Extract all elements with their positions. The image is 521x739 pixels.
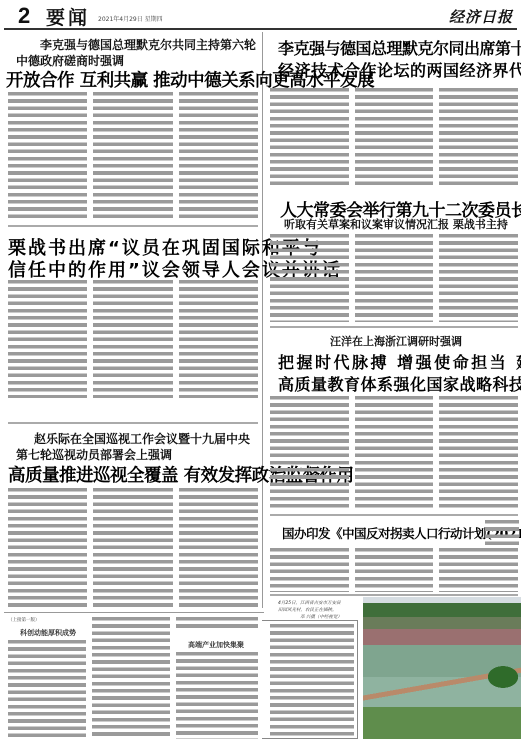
issue-date: 2021年4月29日 星期四: [98, 14, 163, 23]
article-body: 新华社北京4月28日电 国务院总理李克强4月28日下午在人民大会堂以视频形式与德…: [270, 88, 518, 188]
masthead-rule: [4, 28, 517, 30]
article-subtitle: 听取有关草案和议案审议情况汇报 栗战书主持: [284, 216, 508, 232]
article-body-side: 新华社北京4月28日电 国务院办公厅日前印发《中国反对拐卖人口行动计划(2021…: [485, 520, 519, 546]
masthead: 2 要闻 2021年4月29日 星期四 经济日报: [0, 0, 521, 30]
article-pretitle: 赵乐际在全国巡视工作会议暨十九届中央: [34, 430, 250, 447]
article-body: 新华社北京4月28日电 全国人大常委会委员长栗战书28日在北京以视频方式出席由俄…: [8, 280, 258, 398]
article-body: 新华社北京4月28日电 十三届全国人大常委会第九十二次委员长会议28日上午在北京…: [270, 234, 518, 322]
section-divider: [8, 225, 258, 227]
continued-from-label: （上接第一版）: [8, 617, 40, 624]
article-headline-line2: 高质量教育体系强化国家战略科技力量: [278, 372, 521, 395]
article-pretitle-2: 第七轮巡视动员部署会上强调: [16, 446, 172, 463]
section-divider: [270, 514, 518, 516]
article-headline-line2: 经济技术合作论坛的两国经济界代表见面: [278, 58, 521, 81]
article-body: 近年来南沙改革提升，新近聚焦南沙国家级大项目，1000多名工人在南沙多个施工现场…: [8, 640, 86, 739]
photo-caption: 4月25日，江西省吉安市万安县: [278, 600, 341, 607]
subhead-innovation: 科创动能厚积成势: [20, 628, 76, 638]
article-body: 近年来南沙改革提升，新近聚焦南沙国家级大项目，1000多名工人在南沙多个施工现场…: [176, 652, 258, 739]
section-divider: [270, 326, 518, 328]
page-number: 2: [18, 3, 30, 29]
rice-field-photo: [363, 597, 521, 739]
newspaper-logo: 经济日报: [449, 6, 513, 27]
article-headline-line1: 李克强与德国总理默克尔同出席第十届中德: [278, 36, 521, 59]
article-body: 新华社北京4月28日电 国务院办公厅日前印发《中国反对拐卖人口行动计划(2021…: [270, 548, 518, 592]
section-divider: [8, 422, 258, 424]
article-body: 近年来南沙改革提升，新近聚焦南沙国家级大项目，1000多名工人在南沙多个施工现场…: [176, 617, 258, 631]
section-divider: [270, 594, 518, 596]
photo-caption-2: 田园风光村，农民正在插秧。: [278, 607, 337, 614]
subhead-industry: 高端产业加快集聚: [188, 640, 244, 650]
article-headline-line1: 把握时代脉搏 增强使命担当 建设: [278, 350, 521, 373]
article-pretitle: 李克强与德国总理默克尔共同主持第六轮: [40, 36, 256, 53]
column-divider: [262, 32, 263, 608]
article-body: 新华社北京4月28日电 全国政协主席汪洋4月26日至28日在上海、浙江调研。他强…: [270, 396, 518, 508]
photo-credit: 邓 兴摄（中经视觉）: [300, 614, 342, 621]
side-box-body: 3月30日，南沙方19家近3年投产、动工或签约项目上，集中签约南沙先进制造业项目…: [270, 624, 354, 736]
article-pretitle: 汪洋在上海浙江调研时强调: [330, 333, 462, 349]
article-body: 新华社北京4月28日电 中共中央政治局常委、中央纪委书记赵乐际在全国巡视工作会议…: [8, 488, 258, 608]
section-title: 要闻: [46, 3, 90, 30]
article-body: 近年来南沙改革提升，新近聚焦南沙国家级大项目，1000多名工人在南沙多个施工现场…: [92, 617, 170, 739]
section-divider: [4, 612, 264, 613]
article-body: 新华社北京4月28日电 国务院总理李克强4月28日下午在人民大会堂以视频形式与德…: [8, 92, 258, 220]
